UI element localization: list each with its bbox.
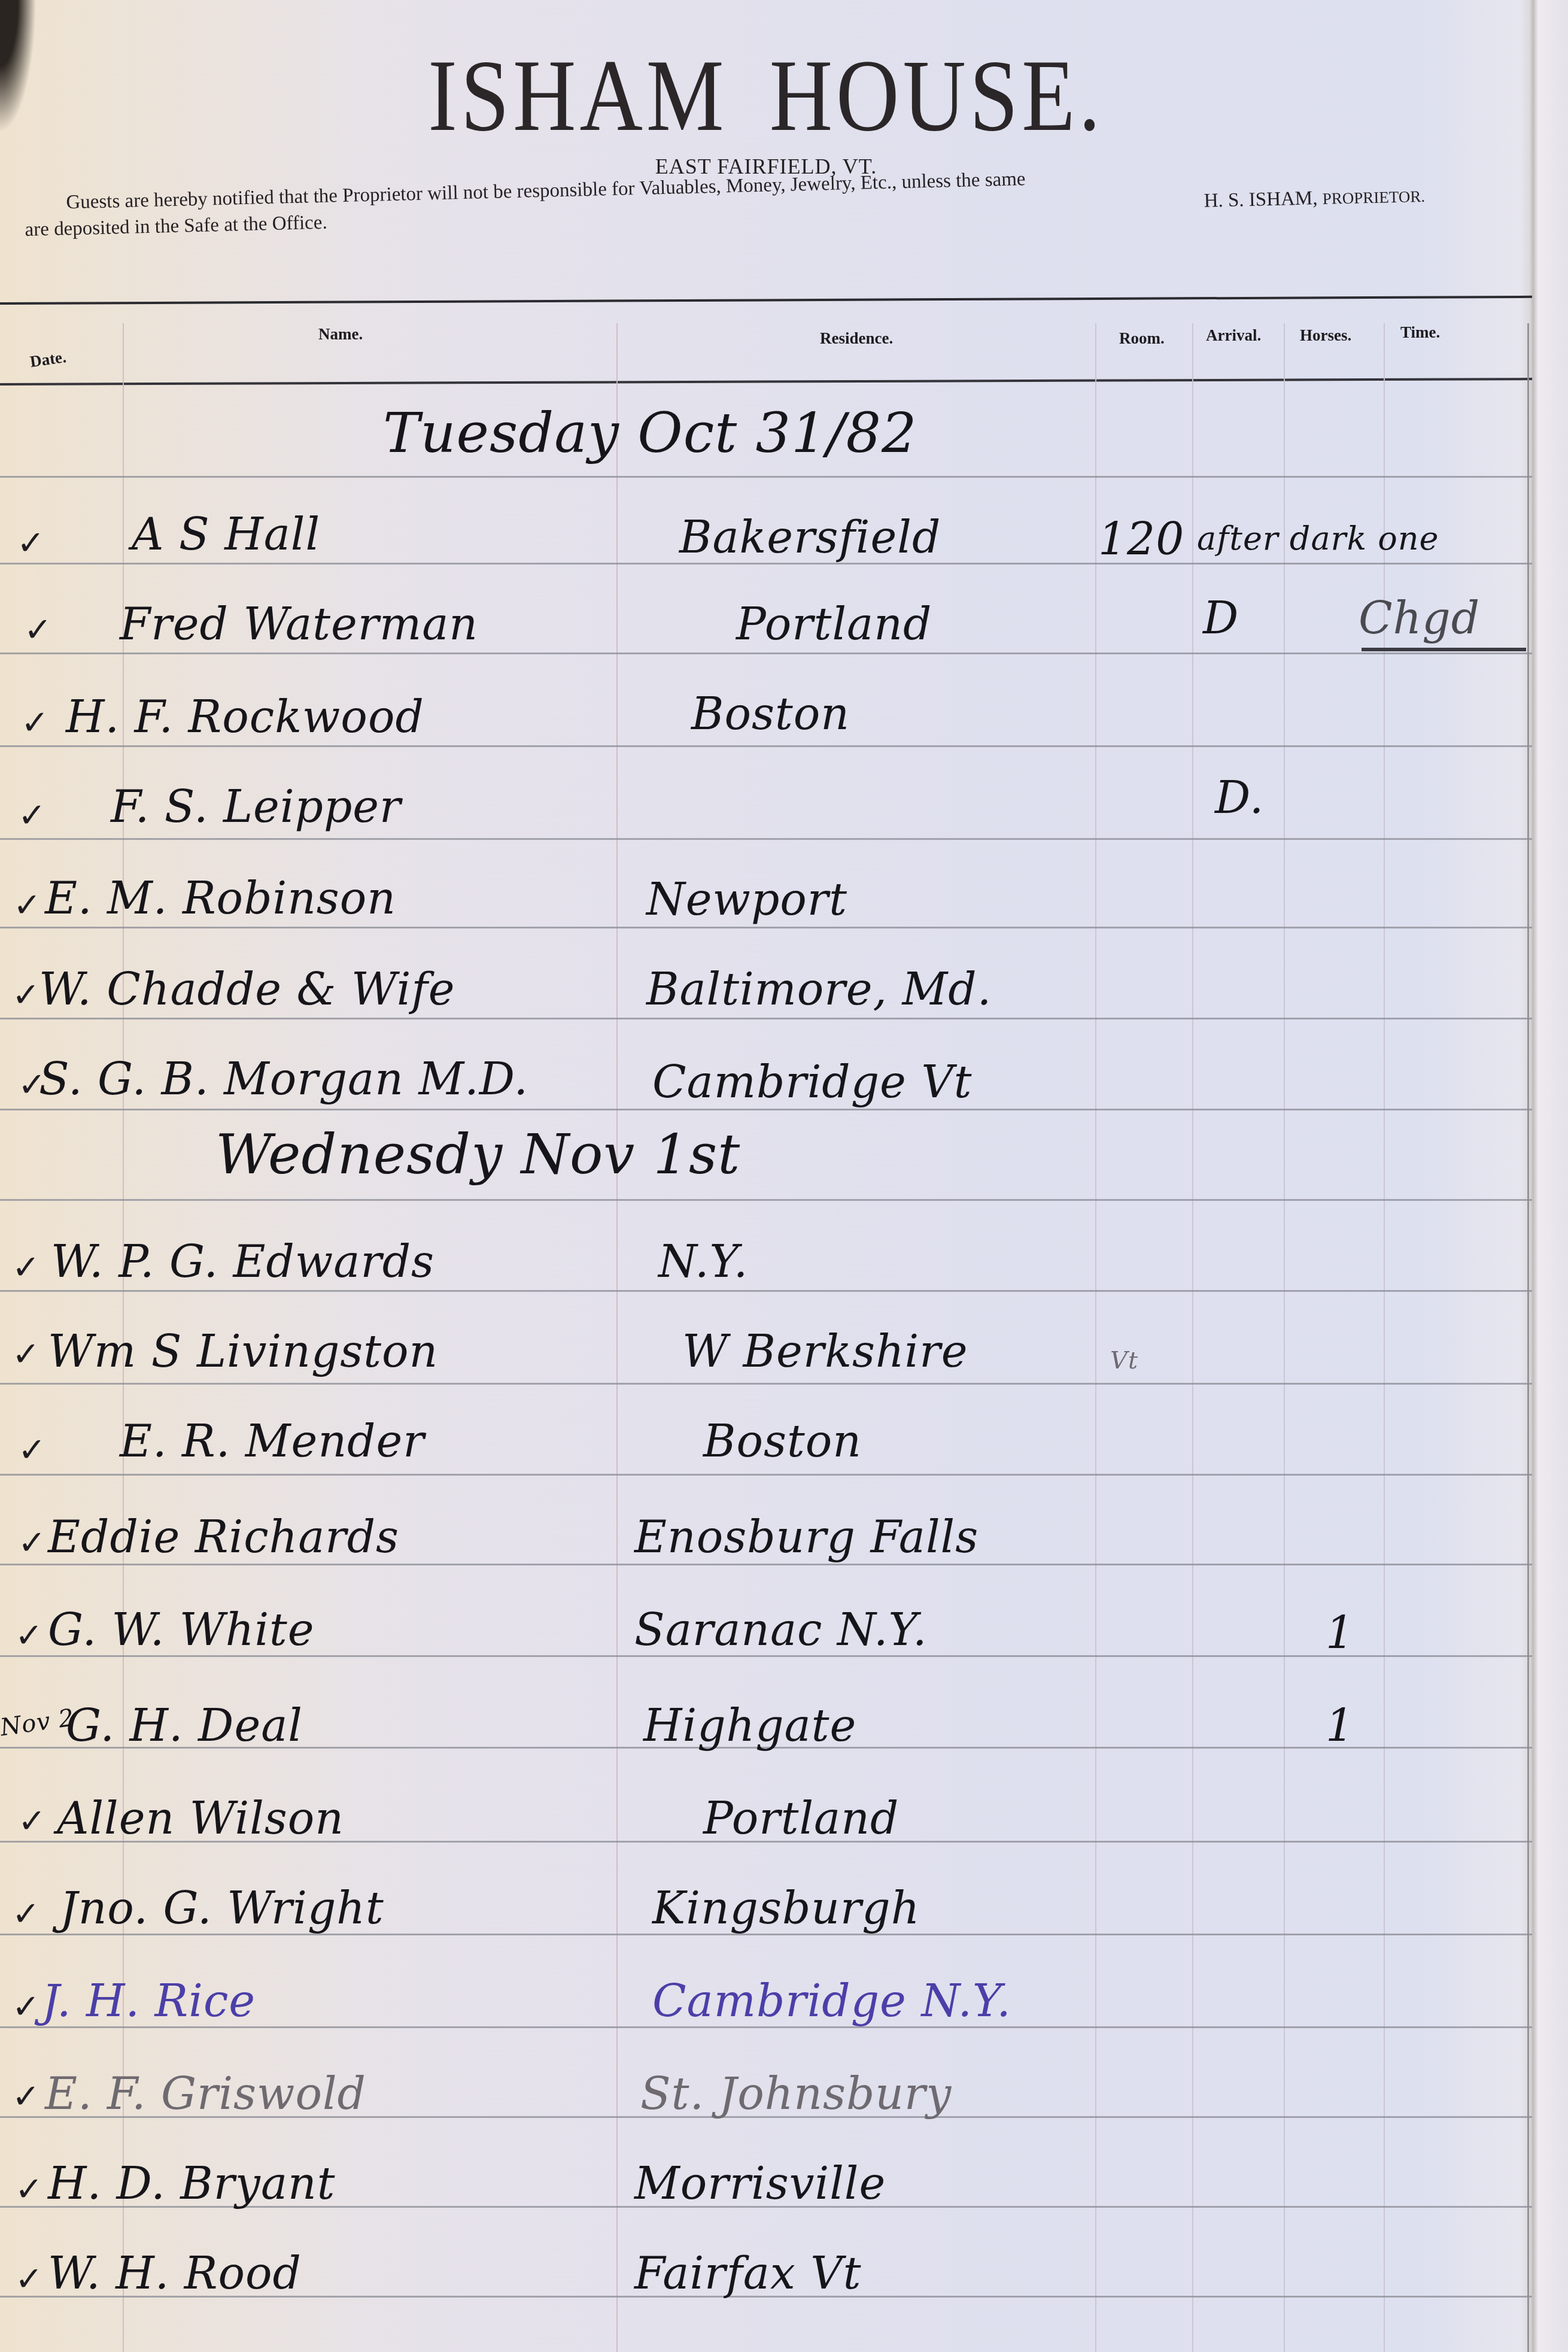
checkmark-icon: ✓ [13,886,41,925]
checkmark-icon: ✓ [12,1895,40,1934]
ruled-line [0,1290,1532,1292]
ruled-line [0,1564,1532,1565]
ruled-line [0,1474,1532,1476]
guest-residence-note: Vt [1110,1347,1138,1374]
column-header-arrival: Arrival. [1206,326,1261,345]
column-header-horses: Horses. [1300,326,1351,345]
guest-name: G. W. White [48,1604,315,1656]
checkmark-icon: ✓ [12,1248,40,1287]
ruled-line [0,1018,1532,1019]
guest-name: E. F. Griswold [45,2068,366,2120]
guest-horses: 1 [1326,1607,1354,1659]
checkmark-icon: ✓ [18,1431,46,1470]
ruled-line [0,476,1532,478]
guest-residence: Portland [703,1793,899,1844]
guest-name: A S Hall [132,509,320,560]
guest-name: H. F. Rockwood [66,691,424,743]
guest-name: Jno. G. Wright [60,1883,384,1934]
ruled-line [0,745,1532,747]
guest-name: G. H. Deal [66,1700,303,1752]
guest-time: Chgd [1359,593,1480,644]
guest-name: Wm S Livingston [48,1326,438,1377]
guest-residence: Cambridge N.Y. [652,1975,1011,2027]
guest-residence: Bakersfield [679,512,941,563]
column-rule-room-arrival [1192,323,1193,2352]
header-top-rule [0,296,1532,305]
guest-arrival: D. [1215,772,1264,824]
guest-residence: N.Y. [658,1236,748,1288]
register-page: ISHAMHOUSE. EAST FAIRFIELD, VT. Guests a… [0,0,1568,2352]
checkmark-icon: ✓ [12,2077,40,2116]
guest-name: E. R. Mender [120,1416,425,1467]
date-heading-tuesday: Tuesday Oct 31/82 [383,401,917,465]
ruled-line [0,927,1532,928]
guest-arrival: D [1203,593,1239,644]
checkmark-icon: ✓ [12,1335,40,1374]
checkmark-icon: ✓ [12,976,40,1015]
guest-name: Allen Wilson [57,1793,344,1844]
guest-residence: Fairfax Vt [634,2248,861,2299]
title-house: HOUSE. [770,38,1104,153]
checkmark-icon: ✓ [24,611,52,650]
checkmark-icon: ✓ [15,1616,43,1655]
column-header-room: Room. [1119,329,1165,348]
guest-residence: W Berkshire [682,1326,968,1377]
charged-underline [1362,648,1526,651]
page-edge [1530,0,1568,2352]
entry-date: Nov 2 [0,1704,76,1742]
guest-name: S. G. B. Morgan M.D. [39,1054,528,1105]
date-heading-wednesday: Wednesdy Nov 1st [215,1122,740,1186]
column-header-name: Name. [318,325,363,344]
guest-residence: Morrisville [634,2158,886,2210]
guest-residence: Highgate [643,1700,856,1752]
guest-name: H. D. Bryant [48,2158,335,2210]
header-bottom-rule [0,378,1532,386]
checkmark-icon: ✓ [17,524,45,563]
checkmark-icon: ✓ [18,1524,46,1562]
guest-name: J. H. Rice [42,1975,256,2027]
guest-name: Eddie Richards [48,1512,399,1563]
ruled-line [0,1383,1532,1385]
guest-residence: Portland [736,599,932,650]
guest-residence: Baltimore, Md. [646,964,992,1015]
hotel-title: ISHAMHOUSE. [0,36,1532,154]
checkmark-icon: ✓ [12,1987,40,2026]
guest-horses: 1 [1326,1700,1354,1752]
ruled-line [0,1199,1532,1201]
guest-room: 120 [1098,514,1184,565]
guest-arrival: after dark one [1197,520,1439,557]
proprietor-name: H. S. ISHAM, [1204,187,1323,212]
guest-residence: St. Johnsbury [640,2068,952,2120]
column-header-residence: Residence. [820,329,893,348]
guest-residence: Newport [646,874,847,925]
column-rule-page-end [1527,323,1529,2352]
proprietor-title: PROPRIETOR. [1322,187,1425,208]
column-header-date: Date. [29,348,67,371]
guest-name: W. H. Rood [48,2248,302,2299]
guest-residence: Enosburg Falls [634,1512,979,1563]
guest-residence: Saranac N.Y. [634,1604,927,1656]
ruled-line [0,1109,1532,1110]
guest-name: F. S. Leipper [111,781,401,833]
guest-name: W. P. G. Edwards [51,1236,434,1288]
guest-name: E. M. Robinson [45,873,396,924]
guest-residence: Kingsburgh [652,1883,920,1934]
guest-residence: Boston [691,688,850,740]
guest-residence: Cambridge Vt [652,1057,973,1108]
column-rule-arrival-horses [1284,323,1285,2352]
checkmark-icon: ✓ [21,703,49,742]
column-header-time: Time. [1400,323,1440,342]
guest-name: Fred Waterman [120,599,478,650]
checkmark-icon: ✓ [15,2260,43,2299]
title-isham: ISHAM [428,38,728,153]
guest-residence: Boston [703,1416,862,1467]
column-rule-name-residence [616,323,618,2352]
checkmark-icon: ✓ [15,2170,43,2209]
checkmark-icon: ✓ [18,1802,46,1841]
column-rule-residence-room [1095,323,1096,2352]
proprietor-signature: H. S. ISHAM, PROPRIETOR. [1204,183,1425,215]
ruled-line [0,838,1532,840]
ruled-line [0,653,1532,654]
checkmark-icon: ✓ [18,796,46,835]
guest-name: W. Chadde & Wife [39,964,455,1015]
